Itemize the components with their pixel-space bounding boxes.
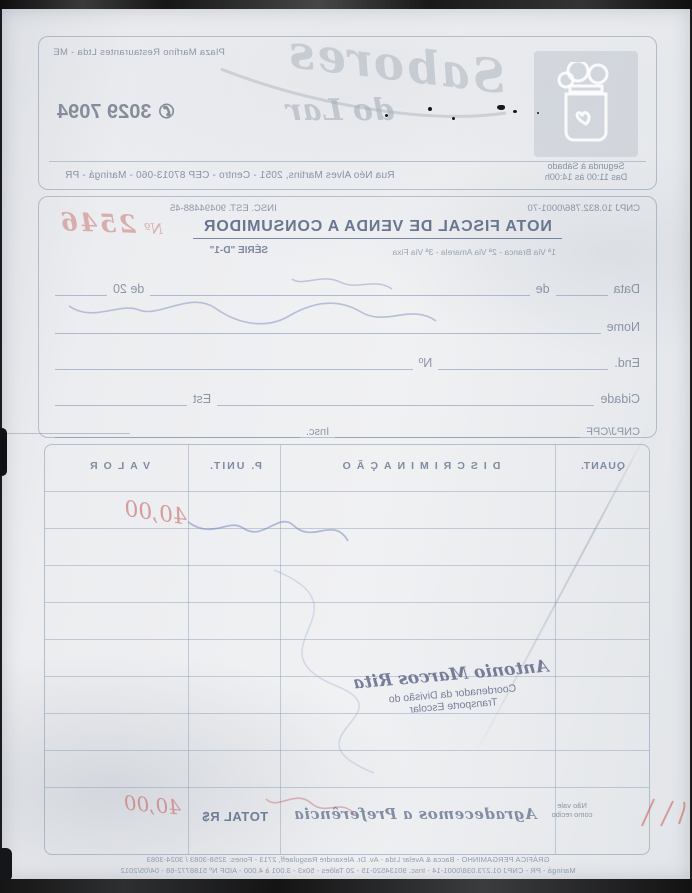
col-header-valor: VALOR (45, 460, 189, 472)
col-header-quant: QUANT. (556, 460, 649, 472)
nota-fiscal-box: CNPJ 10.832.786/0001-70 INSC. EST. 90494… (38, 196, 657, 438)
address-divider (49, 161, 646, 162)
handwriting-total-scribble (261, 791, 361, 823)
de20-label: de 20 (113, 282, 144, 296)
paper-crease-horizontal (2, 433, 130, 434)
insc-label: Insc. (306, 426, 329, 438)
chef-pot-logo-icon (550, 62, 622, 146)
number-label: Nº (419, 356, 433, 370)
numero-label: Nº (144, 221, 163, 238)
red-pen-marks (634, 794, 690, 832)
state-registration: INSC. EST. 90494488-45 (170, 203, 277, 214)
receipt-paper: Segunda à Sábado Das 11:00 às 14:00h Sab… (2, 9, 690, 879)
printshop-line1: GRÁFICA PERGAMINHO - Bacca & Avelar Ltda… (28, 855, 668, 866)
state-line (55, 391, 187, 406)
receipt-number: Nº 2546 (59, 207, 164, 240)
date-label: Data (614, 282, 640, 296)
logo-square (534, 51, 638, 157)
ink-dot (537, 112, 539, 114)
end-line (438, 355, 608, 370)
col-header-punit: P. UNIT. (189, 460, 281, 472)
scanner-edge-bottom (0, 879, 692, 893)
number-line (55, 355, 413, 370)
cnpj-cpf-field-row: CNPJ/CPF Insc. (55, 423, 640, 438)
scan-edge-blob-bottom (0, 848, 12, 880)
row-line-header (45, 491, 649, 492)
cnpjcpf-line (335, 423, 580, 438)
date-day-line (556, 281, 608, 296)
copies-note: 1ª Via Branca - 2ª Via Amarela - 3ª Via … (393, 247, 556, 257)
printshop-credit: GRÁFICA PERGAMINHO - Bacca & Avelar Ltda… (28, 855, 668, 876)
state-label: Est (193, 392, 211, 406)
street-address: Rua Néo Alves Martins, 2051 - Centro - C… (49, 170, 646, 181)
date-year-line (55, 281, 107, 296)
ink-dot (513, 110, 517, 113)
phone-number-text: 3029 7094 (57, 101, 152, 124)
city-label: Cidade (600, 392, 640, 406)
items-table: QUANT. DISCRIMINAÇÃO P. UNIT. VALOR 40,0… (44, 444, 650, 855)
cnpj-number: CNPJ 10.832.786/0001-70 (528, 203, 641, 214)
ink-dot (452, 117, 455, 120)
tax-ids-row: CNPJ 10.832.786/0001-70 INSC. EST. 90494… (170, 203, 640, 214)
scan-edge-blob (0, 428, 7, 476)
scanner-edge-top (0, 0, 692, 9)
scanned-receipt: Segunda à Sábado Das 11:00 às 14:00h Sab… (0, 0, 692, 893)
ink-dot (428, 107, 432, 111)
row-line-total (45, 787, 649, 788)
header-box: Segunda à Sábado Das 11:00 às 14:00h Sab… (38, 36, 657, 190)
series-label: SÉRIE "D-1" (210, 245, 268, 256)
phone-icon: ✆ (159, 101, 175, 124)
handwriting-name-scribble (61, 297, 441, 331)
de-label: de (536, 282, 550, 296)
handwriting-row-value: 40,00 (123, 497, 189, 531)
handwriting-total-value: 40,00 (123, 791, 182, 820)
cnpjcpf-label: CNPJ/CPF (586, 426, 640, 438)
address-field-row: End. Nº (55, 355, 640, 370)
document-title-text: NOTA FISCAL DE VENDA A CONSUMIDOR (193, 218, 562, 239)
phone-number: ✆ 3029 7094 (57, 101, 174, 124)
city-line (217, 391, 594, 406)
company-legal-name: Plaza Marfino Restaurantes Ltda - ME (53, 47, 225, 58)
end-label: End. (614, 356, 640, 370)
ink-dot (385, 114, 388, 117)
numero-digits: 2546 (59, 207, 138, 239)
name-label: Nome (607, 320, 640, 334)
col-divider-1 (555, 445, 556, 854)
handwriting-date-scribble (288, 273, 398, 295)
ink-dot (497, 105, 505, 110)
printshop-line2: Maringá - PR - CNPJ 01.273.038/0001-14 -… (28, 866, 668, 877)
col-header-discriminacao: DISCRIMINAÇÃO (281, 460, 556, 472)
handwriting-signature-scribble (183, 509, 353, 551)
brand-name-sub: do Lar (286, 93, 394, 128)
city-field-row: Cidade Est (55, 391, 640, 406)
insc-line (55, 423, 300, 438)
mirrored-print-layer: Segunda à Sábado Das 11:00 às 14:00h Sab… (2, 9, 690, 879)
